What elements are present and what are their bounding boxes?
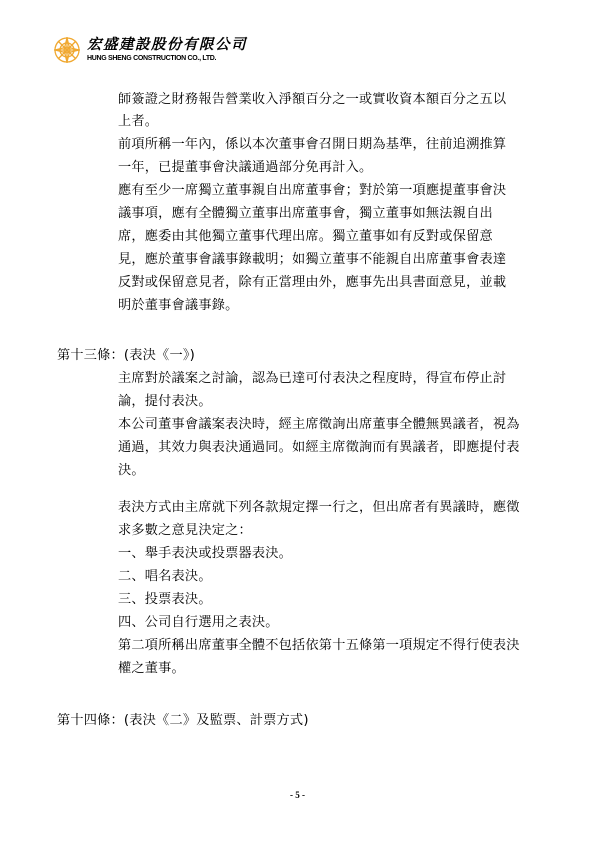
text-line: 反對或保留意見者，除有正當理由外，應事先出具書面意見，並載	[118, 275, 506, 291]
text-line: 明於董事會議事錄。	[118, 298, 239, 314]
list-item: 四、公司自行選用之表決。	[118, 615, 279, 631]
text-line: 議事項，應有全體獨立董事出席董事會，獨立董事如無法親自出	[118, 206, 493, 222]
page-number: - 5 -	[0, 790, 595, 800]
text-line: 一年，已提董事會決議通過部分免再計入。	[118, 160, 372, 176]
text-line: 第二項所稱出席董事全體不包括依第十五條第一項規定不得行使表決	[118, 638, 520, 654]
text-line: 見，應於董事會議事錄載明；如獨立董事不能親自出席董事會表達	[118, 252, 506, 268]
company-name-en: HUNG SHENG CONSTRUCTION CO., LTD.	[87, 54, 247, 64]
text-line: 主席對於議案之討論，認為已達可付表決之程度時，得宣布停止討	[118, 371, 506, 387]
article-14-title: 第十四條：(表決《二》及監票、計票方式)	[57, 713, 309, 729]
text-line: 上者。	[118, 114, 158, 130]
text-line: 前項所稱一年內，係以本次董事會召開日期為基準，往前追溯推算	[118, 137, 506, 153]
article-13-title: 第十三條：(表決《一》)	[57, 348, 195, 364]
text-line: 決。	[118, 463, 145, 479]
text-line: 表決方式由主席就下列各款規定擇一行之，但出席者有異議時，應徵	[118, 500, 520, 516]
text-line: 求多數之意見決定之：	[118, 523, 252, 539]
company-logo-icon	[52, 35, 82, 65]
page-header: 宏盛建設股份有限公司 HUNG SHENG CONSTRUCTION CO., …	[52, 30, 247, 70]
list-item: 一、舉手表決或投票器表決。	[118, 546, 292, 562]
text-line: 應有至少一席獨立董事親自出席董事會；對於第一項應提董事會決	[118, 183, 506, 199]
text-line: 本公司董事會議案表決時，經主席徵詢出席董事全體無異議者，視為	[118, 417, 520, 433]
text-line: 通過，其效力與表決通過同。如經主席徵詢而有異議者，即應提付表	[118, 440, 520, 456]
list-item: 三、投票表決。	[118, 592, 212, 608]
text-line: 師簽證之財務報告營業收入淨額百分之一或實收資本額百分之五以	[118, 92, 506, 108]
list-item: 二、唱名表決。	[118, 569, 212, 585]
company-name-zh: 宏盛建設股份有限公司	[87, 37, 247, 53]
text-line: 論，提付表決。	[118, 394, 212, 410]
text-line: 席，應委由其他獨立董事代理出席。獨立董事如有反對或保留意	[118, 229, 493, 245]
text-line: 權之董事。	[118, 661, 185, 677]
